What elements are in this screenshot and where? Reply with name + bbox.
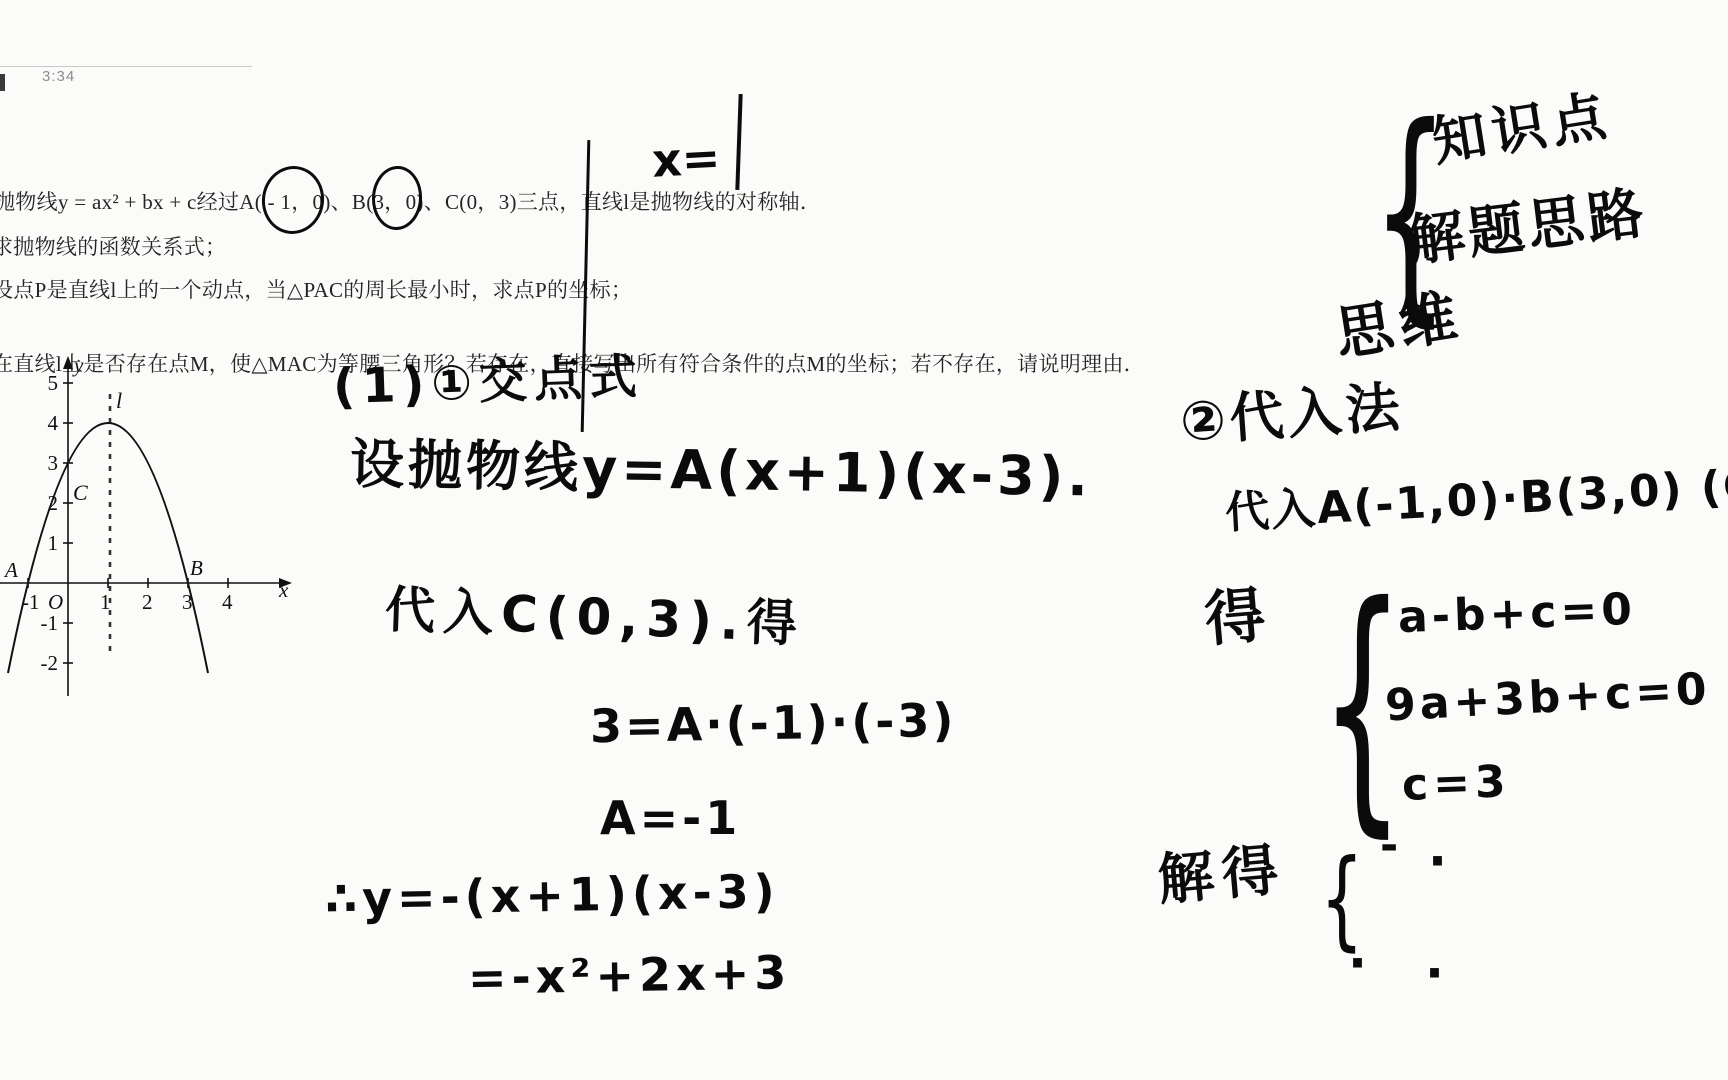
hw-outline-thinking: 思维 <box>1331 286 1467 363</box>
video-timestamp: 3:34 <box>42 68 75 85</box>
x-axis-label: x <box>278 578 289 602</box>
hw-ellipsis-dot2: · <box>1348 938 1367 988</box>
annotation-circle-point-a <box>258 162 329 238</box>
video-progress-handle[interactable] <box>0 74 5 91</box>
y-axis-arrow <box>63 356 73 369</box>
hw-calc1: 3=A·(-1)·(-3) <box>590 697 957 749</box>
hw-system-eq1: a-b+c=0 <box>1397 588 1636 640</box>
point-b-label: B <box>190 556 203 580</box>
hw-calc2: A=-1 <box>600 795 741 841</box>
y-tick-2: 2 <box>48 491 59 515</box>
problem-line-2: 求抛物线的函数关系式； <box>0 231 226 261</box>
annotation-circle-point-b <box>370 165 423 232</box>
hw-ellipsis-dash: - <box>1380 824 1398 868</box>
y-tick-4: 4 <box>48 411 59 435</box>
hw-outline-knowledge: 知识点 <box>1429 88 1615 169</box>
y-tick-1: 1 <box>48 531 59 555</box>
hw-de-label: 得 <box>1202 585 1267 650</box>
y-tick-5: 5 <box>48 371 59 395</box>
parabola-curve <box>8 423 208 673</box>
x-tick-neg1: -1 <box>22 590 40 614</box>
hw-setup: 设抛物线y=A(x+1)(x-3). <box>350 438 1093 505</box>
symmetry-line-label: l <box>116 388 122 413</box>
y-axis-label: y <box>72 353 84 377</box>
hw-system-eq2: 9a+3b+c=0 <box>1384 668 1712 729</box>
x-tick-4: 4 <box>222 590 233 614</box>
y-tick-3: 3 <box>48 451 59 475</box>
point-a-label: A <box>3 558 18 582</box>
y-tick-neg2: -2 <box>41 651 59 675</box>
hw-system-eq3: c=3 <box>1401 760 1511 808</box>
x-tick-3: 3 <box>182 590 193 614</box>
axis-of-symmetry-note: x= <box>651 134 722 184</box>
parabola-graph: 5 4 3 2 1 -1 -2 -1 1 2 3 4 O x y l A B C <box>0 352 300 700</box>
video-progress-track[interactable] <box>0 66 252 67</box>
x-tick-1: 1 <box>100 590 111 614</box>
axis-of-symmetry-one-stroke <box>735 94 742 190</box>
hw-method2-line: 代入A(-1,0)·B(3,0) (C <box>1224 464 1728 536</box>
hw-ellipsis-dot3: · <box>1425 948 1444 998</box>
hw-ellipsis-dot1: · <box>1428 836 1447 886</box>
y-tick-neg1: -1 <box>41 611 59 635</box>
hw-substitute: 代入C(0,3).得 <box>384 585 805 650</box>
origin-label: O <box>48 590 63 614</box>
hw-conclusion1: ∴y=-(x+1)(x-3) <box>325 868 780 922</box>
hw-solve-label: 解得 <box>1156 843 1288 910</box>
hw-conclusion2: =-x²+2x+3 <box>468 949 792 1001</box>
hw-method2-title: ②代入法 <box>1178 380 1405 449</box>
point-c-label: C <box>73 480 88 505</box>
problem-line-3: 设点P是直线l上的一个动点，当△PAC的周长最小时，求点P的坐标； <box>0 274 632 304</box>
hw-step-title: (1)①交点式 <box>332 353 644 412</box>
x-tick-2: 2 <box>142 590 153 614</box>
